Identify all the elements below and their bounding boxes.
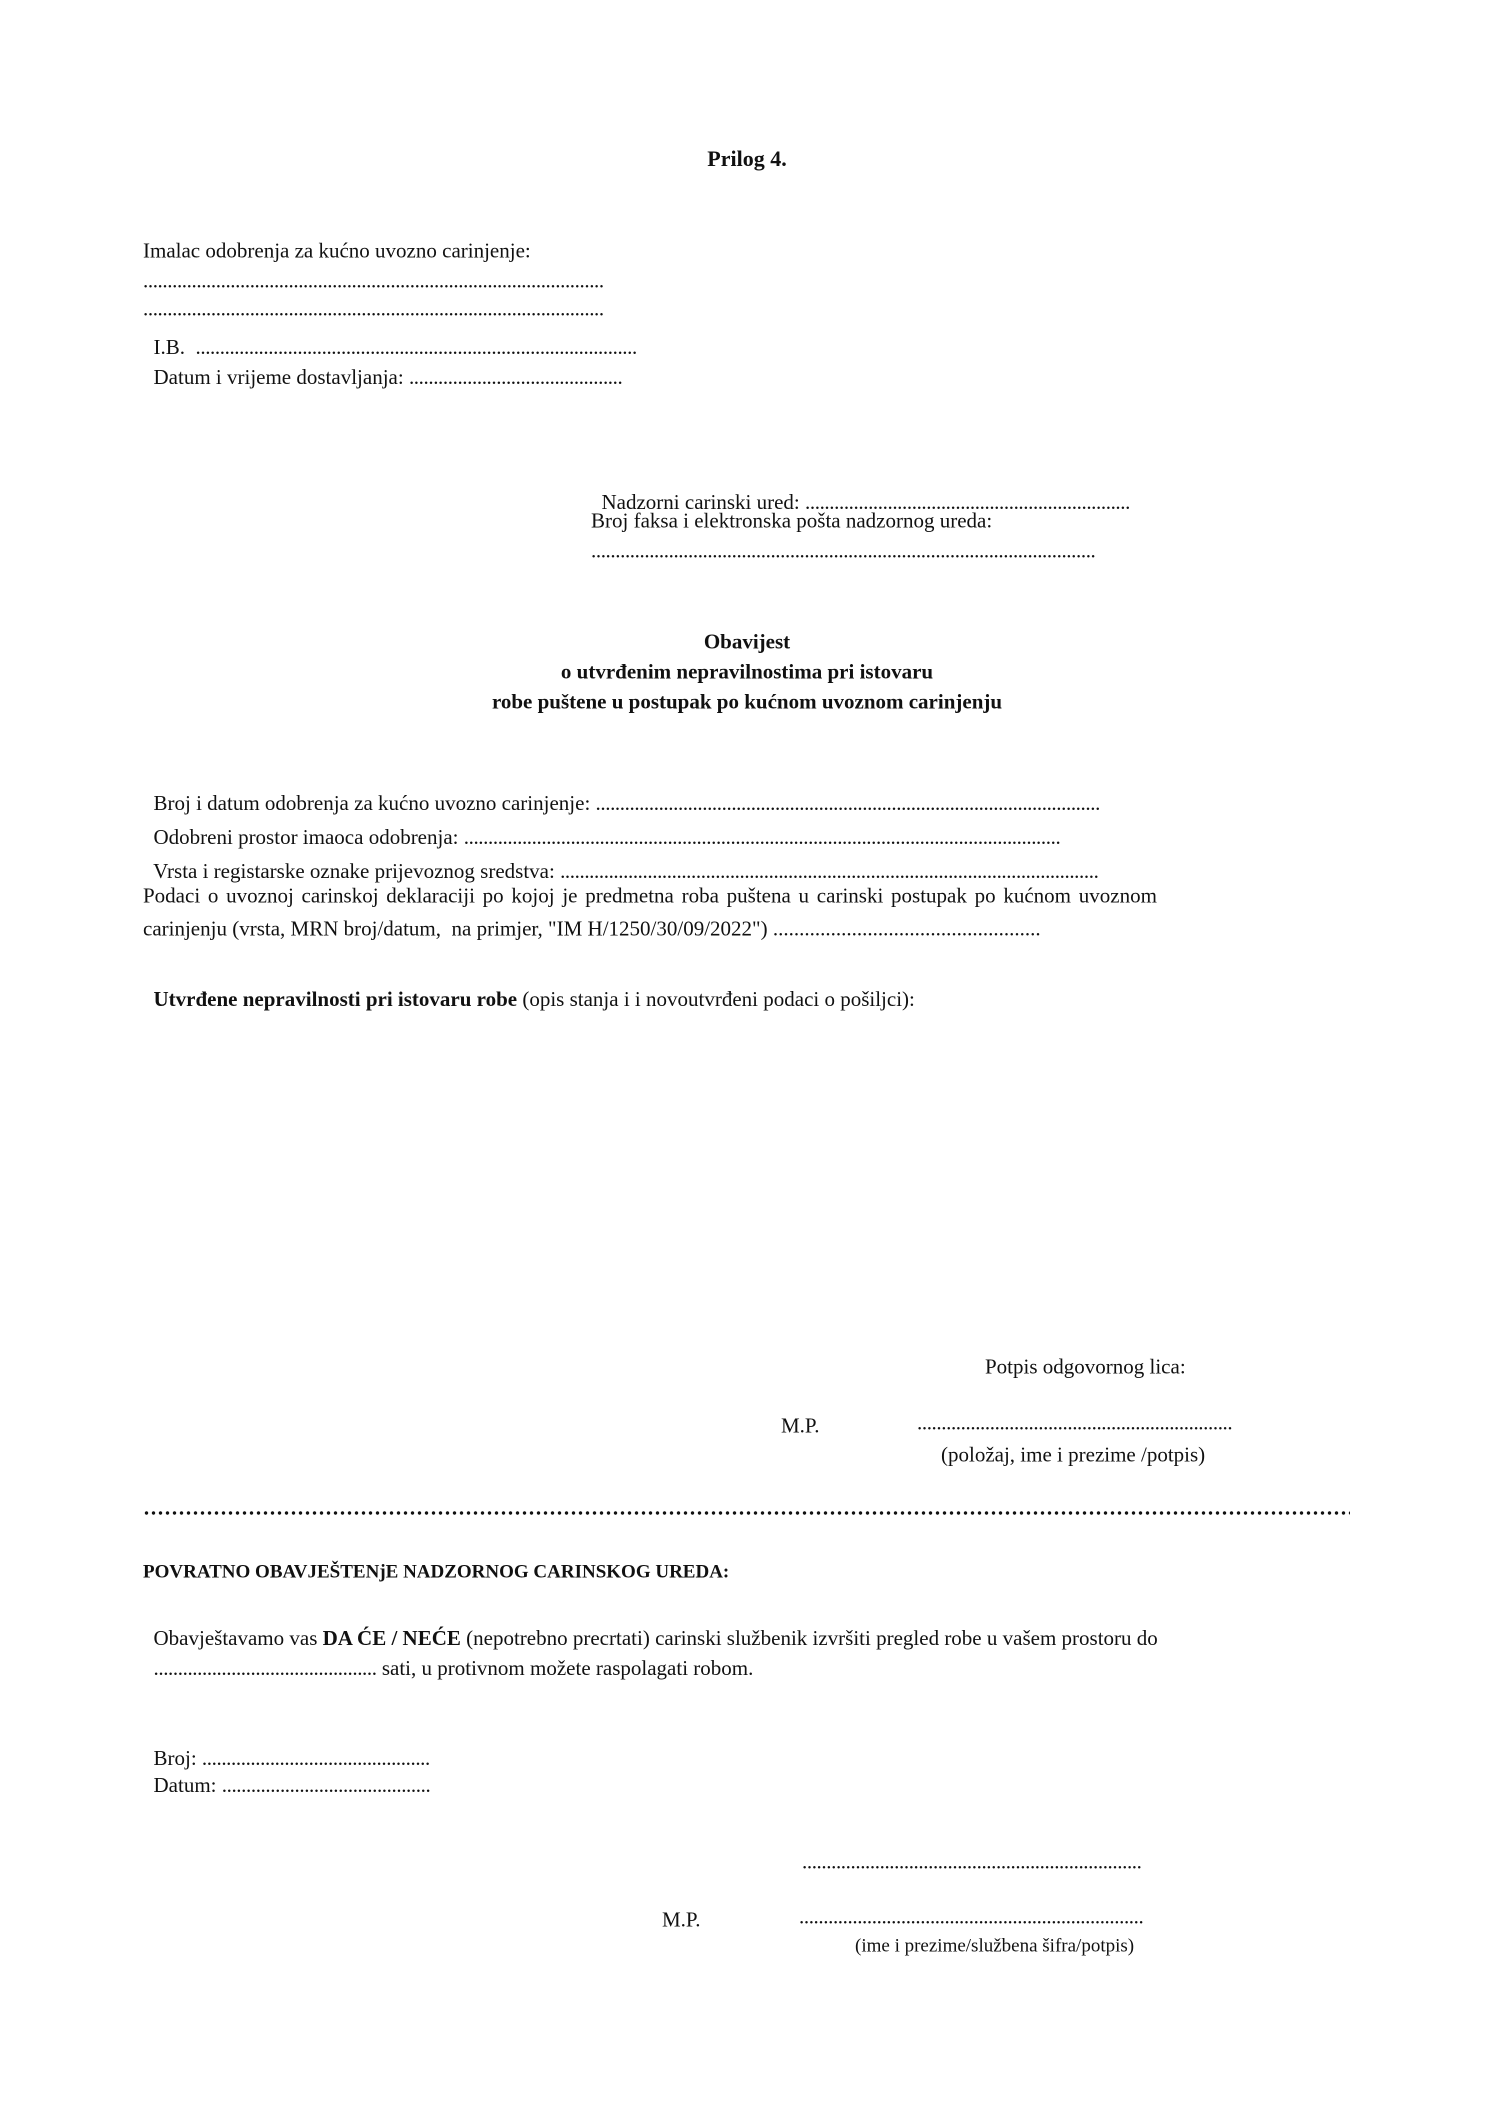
notice-title: Obavijest (0, 632, 1494, 653)
signature-heading: Potpis odgovornog lica: (985, 1357, 1186, 1378)
declaration-line-1: Podaci o uvoznoj carinskoj deklaraciji p… (143, 886, 1157, 907)
irregularities-label: Utvrđene nepravilnosti pri istovaru robe… (143, 968, 915, 1010)
delivery-label: Datum i vrijeme dostavljanja: (154, 365, 404, 389)
signature-caption-2: (ime i prezime/službena šifra/potpis) (855, 1937, 1134, 1956)
vehicle-label: Vrsta i registarske oznake prijevoznog s… (153, 859, 555, 883)
signature-field-2[interactable]: ........................................… (799, 1907, 1143, 1928)
hours-field[interactable]: ........................................… (154, 1656, 377, 1680)
date-row: Datum: .................................… (143, 1754, 430, 1796)
delivery-field[interactable]: ........................................… (409, 365, 622, 389)
contact-label: Broj faksa i elektronska pošta nadzornog… (591, 511, 992, 532)
return-notice-heading: POVRATNO OBAVJEŠTENjE NADZORNOG CARINSKO… (143, 1563, 729, 1582)
signature-field-2-top[interactable]: ........................................… (802, 1852, 1142, 1873)
irregularities-label-rest: (opis stanja i i novoutvrđeni podaci o p… (517, 987, 915, 1011)
stamp-label-2: M.P. (662, 1910, 701, 1931)
return-notice-line-2: ........................................… (143, 1637, 753, 1679)
vehicle-row: Vrsta i registarske oznake prijevoznog s… (143, 840, 1098, 882)
date-field[interactable]: ........................................… (222, 1773, 431, 1797)
return-notice-line-2-text: sati, u protivnom možete raspolagati rob… (377, 1656, 754, 1680)
signature-caption-1: (položaj, ime i prezime /potpis) (941, 1445, 1205, 1466)
annex-label: Prilog 4. (0, 148, 1494, 170)
declaration-line-2[interactable]: carinjenju (vrsta, MRN broj/datum, na pr… (143, 919, 1041, 940)
delivery-row: Datum i vrijeme dostavljanja: ..........… (143, 346, 622, 388)
irregularities-label-bold: Utvrđene nepravilnosti pri istovaru robe (154, 987, 518, 1011)
irregularities-textarea[interactable] (143, 1010, 1350, 1330)
contact-field[interactable]: ........................................… (591, 541, 1095, 562)
notice-subtitle-2: robe puštene u postupak po kućnom uvozno… (0, 692, 1494, 713)
notice-subtitle-1: o utvrđenim nepravilnostima pri istovaru (0, 662, 1494, 683)
holder-field-line-1[interactable]: ........................................… (143, 271, 604, 292)
office-row: Nadzorni carinski ured: ................… (591, 471, 1130, 513)
stamp-label-1: M.P. (781, 1416, 820, 1437)
signature-field-1[interactable]: ........................................… (917, 1413, 1232, 1434)
vehicle-field[interactable]: ........................................… (560, 859, 1098, 883)
section-separator (143, 1511, 1350, 1515)
holder-label: Imalac odobrenja za kućno uvozno carinje… (143, 241, 531, 262)
date-label: Datum: (154, 1773, 217, 1797)
